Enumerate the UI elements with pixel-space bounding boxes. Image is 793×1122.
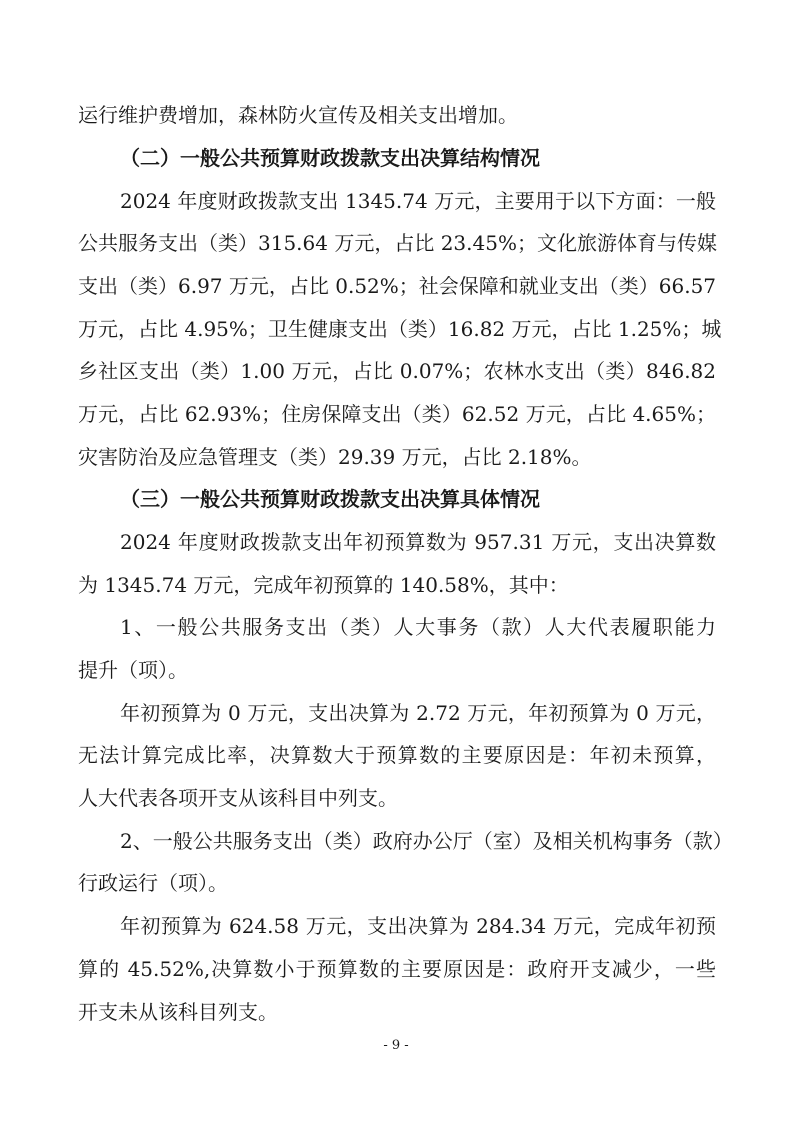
page-number: - 9 - — [346, 1038, 446, 1053]
body-line: 2、一般公共服务支出（类）政府办公厅（室）及相关机构事务（款） — [120, 826, 716, 856]
body-line: 乡社区支出（类）1.00 万元，占比 0.07%；农林水支出（类）846.82 — [78, 356, 716, 386]
body-line: 灾害防治及应急管理支（类）29.39 万元，占比 2.18%。 — [78, 442, 716, 472]
body-line: 万元，占比 62.93%；住房保障支出（类）62.52 万元，占比 4.65%； — [78, 399, 716, 429]
body-line: 算的 45.52%,决算数小于预算数的主要原因是：政府开支减少，一些 — [78, 954, 716, 984]
body-line: 提升（项）。 — [78, 655, 716, 685]
body-line: 万元，占比 4.95%；卫生健康支出（类）16.82 万元，占比 1.25%；城 — [78, 314, 716, 344]
body-line: 开支未从该科目列支。 — [78, 997, 716, 1027]
document-page: 运行维护费增加，森林防火宣传及相关支出增加。 （二）一般公共预算财政拨款支出决算… — [0, 0, 793, 1122]
section-heading-3: （三）一般公共预算财政拨款支出决算具体情况 — [120, 484, 716, 514]
body-line: 无法计算完成比率，决算数大于预算数的主要原因是：年初未预算， — [78, 740, 716, 770]
body-line: 2024 年度财政拨款支出年初预算数为 957.31 万元，支出决算数 — [120, 527, 716, 557]
body-line: 2024 年度财政拨款支出 1345.74 万元，主要用于以下方面：一般 — [120, 186, 716, 216]
body-line: 公共服务支出（类）315.64 万元，占比 23.45%；文化旅游体育与传媒 — [78, 228, 716, 258]
body-line: 1、一般公共服务支出（类）人大事务（款）人大代表履职能力 — [120, 612, 716, 642]
section-heading-2: （二）一般公共预算财政拨款支出决算结构情况 — [120, 143, 716, 173]
body-line: 行政运行（项）。 — [78, 868, 716, 898]
body-line: 支出（类）6.97 万元，占比 0.52%；社会保障和就业支出（类）66.57 — [78, 271, 716, 301]
body-line: 为 1345.74 万元，完成年初预算的 140.58%，其中： — [78, 570, 716, 600]
body-line: 年初预算为 624.58 万元，支出决算为 284.34 万元，完成年初预 — [120, 911, 716, 941]
body-line: 人大代表各项开支从该科目中列支。 — [78, 783, 716, 813]
body-line: 年初预算为 0 万元，支出决算为 2.72 万元，年初预算为 0 万元， — [120, 698, 716, 728]
body-line: 运行维护费增加，森林防火宣传及相关支出增加。 — [78, 100, 716, 130]
